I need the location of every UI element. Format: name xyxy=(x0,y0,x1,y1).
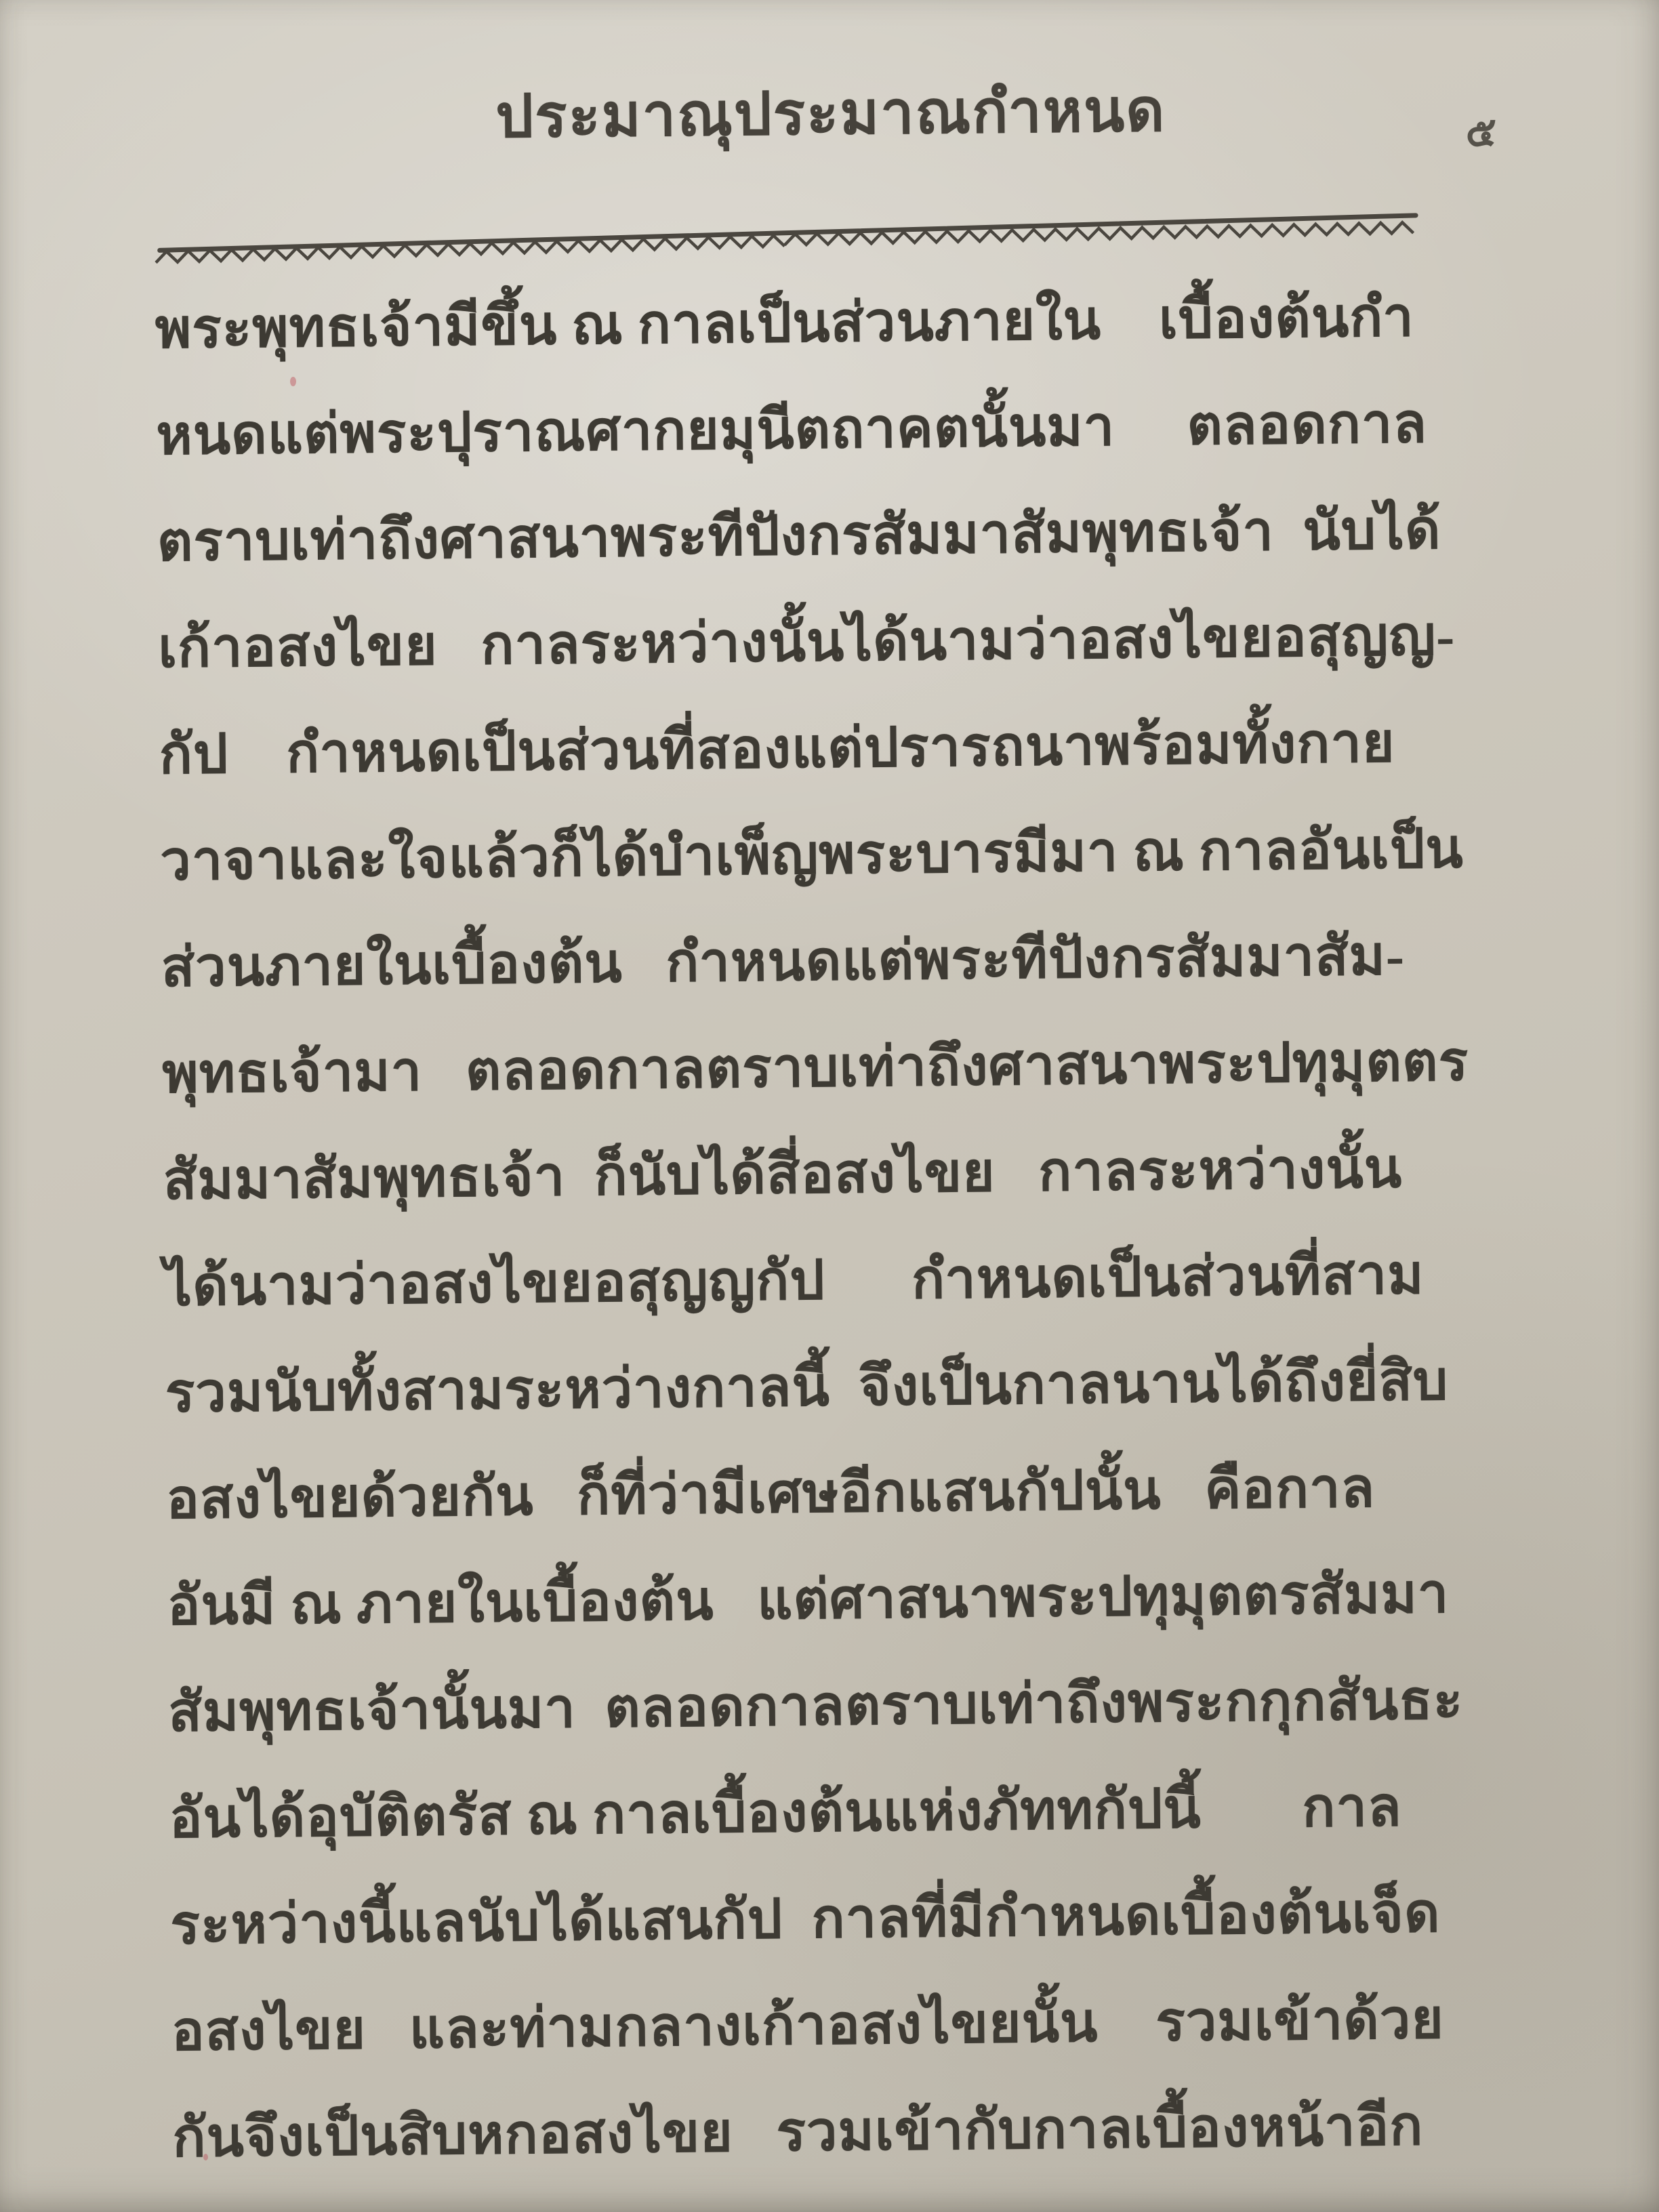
page-header: ประมาณุประมาณกำหนด ๕ xyxy=(152,47,1509,195)
text-line: เก้าอสงไขย กาลระหว่างนั้นได้นามว่าอสงไขย… xyxy=(158,581,1514,701)
text-line: ส่วนภายในเบื้องต้น กำหนดแต่พระทีปังกรสัม… xyxy=(161,901,1517,1020)
body-text: พระพุทธเจ้ามีขึ้น ณ กาลเป็นส่วนภายใน เบื… xyxy=(155,262,1528,2190)
text-line: อันได้อุบัติตรัส ณ กาลเบื้องต้นแห่งภัททก… xyxy=(169,1752,1525,1871)
text-line: ได้นามว่าอสงไขยอสุญญกัป กำหนดเป็นส่วนที่… xyxy=(164,1220,1520,1339)
text-line: รวมนับทั้งสามระหว่างกาลนี้ จึงเป็นกาลนาน… xyxy=(165,1326,1521,1446)
text-line: ตราบเท่าถึงศาสนาพระทีปังกรสัมมาสัมพุทธเจ… xyxy=(157,475,1513,594)
text-line: หนดแต่พระปุราณศากยมุนีตถาคตนั้นมา ตลอดกา… xyxy=(156,369,1512,488)
text-line: สัมมาสัมพุทธเจ้า ก็นับได้สี่อสงไขย กาลระ… xyxy=(163,1113,1519,1233)
text-line: ระหว่างนี้แลนับได้แสนกัป กาลที่มีกำหนดเบ… xyxy=(170,1858,1526,1978)
scanned-book-page: ประมาณุประมาณกำหนด ๕ พระพุทธเจ้ามีขึ้น ณ… xyxy=(0,0,1659,2212)
page-number: ๕ xyxy=(1465,100,1496,164)
text-line: พระพุทธเจ้ามีขึ้น ณ กาลเป็นส่วนภายใน เบื… xyxy=(155,262,1511,382)
printed-text-block: ประมาณุประมาณกำหนด ๕ พระพุทธเจ้ามีขึ้น ณ… xyxy=(152,47,1528,2190)
text-line: กันจึงเป็นสิบหกอสงไขย รวมเข้ากับกาลเบื้อ… xyxy=(172,2071,1528,2190)
text-line: สัมพุทธเจ้านั้นมา ตลอดกาลตราบเท่าถึงพระก… xyxy=(168,1645,1524,1765)
page-title: ประมาณุประมาณกำหนด xyxy=(152,59,1509,167)
text-line: พุทธเจ้ามา ตลอดกาลตราบเท่าถึงศาสนาพระปทุ… xyxy=(162,1007,1518,1126)
text-line: วาจาและใจแล้วก็ได้บำเพ็ญพระบารมีมา ณ กาล… xyxy=(160,794,1516,914)
text-line: กัป กำหนดเป็นส่วนที่สองแต่ปรารถนาพร้อมทั… xyxy=(159,688,1515,807)
text-line: อันมี ณ ภายในเบื้องต้น แต่ศาสนาพระปทุมุต… xyxy=(167,1539,1523,1658)
text-line: อสงไขยด้วยกัน ก็ที่ว่ามีเศษอีกแสนกัปนั้น… xyxy=(166,1433,1522,1552)
text-line: อสงไขย และท่ามกลางเก้าอสงไขยนั้น รวมเข้า… xyxy=(171,1965,1527,2084)
